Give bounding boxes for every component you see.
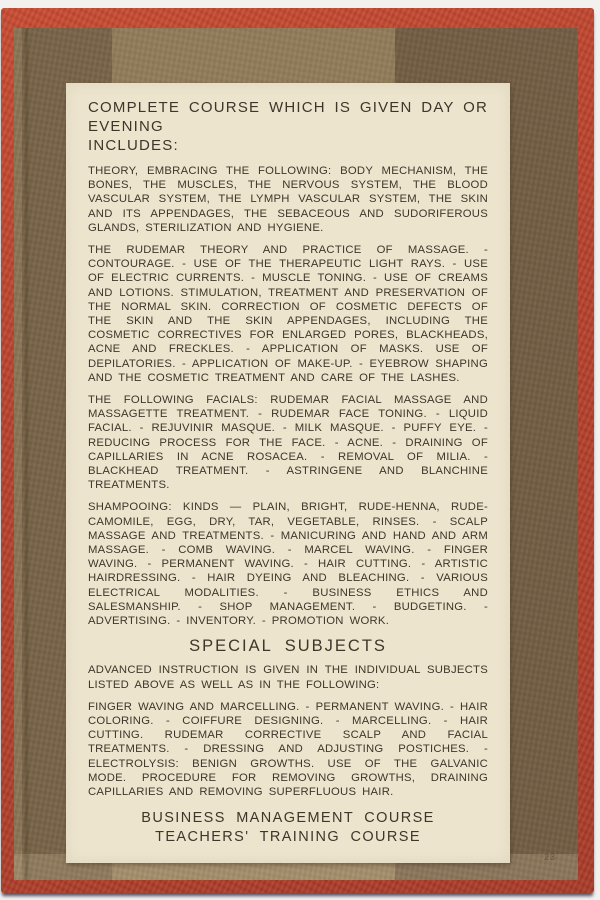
book-scan: 23 COMPLETE COURSE WHICH IS GIVEN DAY OR… xyxy=(0,0,600,900)
book-page: 23 COMPLETE COURSE WHICH IS GIVEN DAY OR… xyxy=(14,28,578,880)
facials-paragraph: THE FOLLOWING FACIALS: RUDEMAR FACIAL MA… xyxy=(88,393,488,492)
courses-footer: BUSINESS MANAGEMENT COURSE TEACHERS' TRA… xyxy=(88,809,488,847)
teachers-training-course-line: TEACHERS' TRAINING COURSE xyxy=(88,828,488,847)
page-number: 23 xyxy=(544,852,556,862)
business-management-course-line: BUSINESS MANAGEMENT COURSE xyxy=(88,809,488,828)
card-heading-line1: COMPLETE COURSE WHICH IS GIVEN DAY OR EV… xyxy=(88,98,488,136)
special-subjects-title: SPECIAL SUBJECTS xyxy=(88,637,488,656)
card-heading-line2: INCLUDES: xyxy=(88,136,488,155)
special-subjects-intro: ADVANCED INSTRUCTION IS GIVEN IN THE IND… xyxy=(88,663,488,691)
massage-practice-paragraph: THE RUDEMAR THEORY AND PRACTICE OF MASSA… xyxy=(88,243,488,385)
shampooing-paragraph: SHAMPOOING: KINDS — PLAIN, BRIGHT, RUDE-… xyxy=(88,500,488,628)
book-cover: 23 COMPLETE COURSE WHICH IS GIVEN DAY OR… xyxy=(1,8,594,893)
theory-paragraph: THEORY, EMBRACING THE FOLLOWING: BODY ME… xyxy=(88,164,488,235)
course-text-card: COMPLETE COURSE WHICH IS GIVEN DAY OR EV… xyxy=(66,83,510,863)
special-subjects-body: FINGER WAVING AND MARCELLING. - PERMANEN… xyxy=(88,700,488,799)
